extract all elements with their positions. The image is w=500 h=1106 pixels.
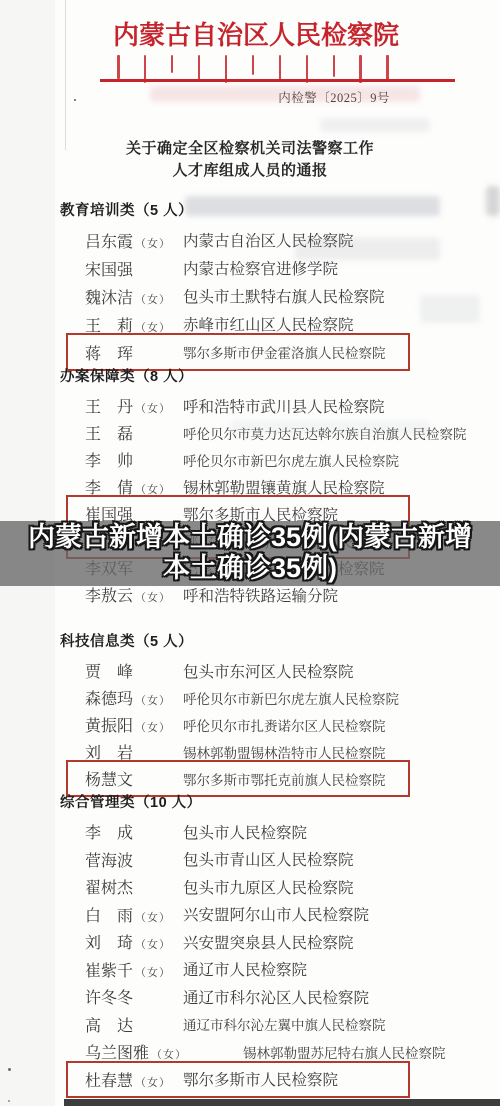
table-row: 蒋 珲鄂尔多斯市伊金霍洛旗人民检察院 (85, 338, 408, 366)
institution-name: 包头市青山区人民检察院 (183, 848, 354, 870)
person-name: 乌兰图雅（女） (85, 1040, 243, 1063)
section-heading: 办案保障类（8 人） (60, 366, 500, 388)
bleed-through-smudge (150, 86, 420, 102)
person-name: 杨慧文 (85, 767, 183, 790)
scan-speck (8, 1068, 11, 1071)
person-name: 高 达 (85, 1013, 183, 1036)
person-name: 王 丹（女） (85, 394, 183, 417)
table-row: 白 雨（女）兴安盟阿尔山市人民检察院 (85, 901, 500, 929)
personnel-section: 科技信息类（5 人）贾 峰包头市东河区人民检察院森德玛（女）呼伦贝尔市新巴尔虎左… (55, 631, 500, 797)
institution-name: 呼伦贝尔市新巴尔虎左旗人民检察院 (183, 688, 399, 708)
page-edge-artifact (65, 0, 66, 150)
institution-name: 包头市东河区人民检察院 (183, 660, 354, 682)
gender-tag: （女） (135, 967, 171, 979)
person-name: 王 磊 (85, 421, 183, 444)
person-name: 王 莉（女） (85, 313, 183, 336)
table-row: 高 达通辽市科尔沁左翼中旗人民检察院 (85, 1011, 500, 1039)
person-name: 李 成 (85, 820, 183, 843)
mongolian-glyph-stroke (279, 55, 282, 80)
person-name: 贾 峰 (85, 659, 183, 682)
institution-name: 鄂尔多斯市伊金霍洛旗人民检察院 (183, 342, 386, 362)
personnel-section: 教育培训类（5 人）吕东霞（女）内蒙古自治区人民检察院宋国强内蒙古检察官进修学院… (55, 200, 500, 371)
scanned-document-screenshot: { "page": { "org_name": "内蒙古自治区人民检察院", "… (0, 0, 500, 1106)
institution-name: 呼伦贝尔市扎赉诺尔区人民检察院 (183, 715, 386, 735)
table-row: 崔紫千（女）通辽市人民检察院 (85, 956, 500, 984)
mongolian-glyph-stroke (386, 55, 389, 81)
person-name: 李 帅 (85, 448, 183, 471)
institution-name: 通辽市科尔沁左翼中旗人民检察院 (183, 1014, 386, 1034)
gender-tag: （女） (135, 238, 171, 250)
person-name: 刘 岩 (85, 740, 183, 763)
person-name: 白 雨（女） (85, 903, 183, 926)
highlight-box: 杜春慧（女）鄂尔多斯市人民检察院 (66, 1061, 410, 1099)
person-name: 翟树杰 (85, 875, 183, 898)
person-name: 黄振阳（女） (85, 713, 183, 736)
institution-name: 包头市九原区人民检察院 (183, 876, 354, 898)
person-name: 魏沐洁（女） (85, 285, 183, 308)
table-row: 李 帅呼伦贝尔市新巴尔虎左旗人民检察院 (85, 446, 500, 473)
table-row: 黄振阳（女）呼伦贝尔市扎赉诺尔区人民检察院 (85, 711, 500, 738)
institution-name: 鄂尔多斯市鄂托克前旗人民检察院 (183, 769, 386, 789)
document-title-line2: 人才库组成人员的通报 (172, 163, 327, 179)
bottom-scan-bar (64, 1099, 500, 1106)
institution-name: 锡林郭勒盟锡林浩特市人民检察院 (183, 742, 386, 762)
table-row: 菅海波包头市青山区人民检察院 (85, 846, 500, 874)
person-name: 李敖云（女） (85, 583, 183, 606)
table-row: 贾 峰包头市东河区人民检察院 (85, 657, 500, 684)
news-headline-overlay: 内蒙古新增本土确诊35例(内蒙古新增本土确诊35例) (0, 521, 500, 586)
person-name: 吕东霞（女） (85, 229, 183, 252)
table-row: 刘 琦（女）兴安盟突泉县人民检察院 (85, 928, 500, 956)
institution-name: 锡林郭勒盟镶黄旗人民检察院 (183, 476, 385, 498)
bleed-through-smudge (420, 295, 480, 323)
mongolian-glyph-stroke (306, 55, 309, 83)
scan-speck (74, 99, 76, 101)
person-name: 菅海波 (85, 848, 183, 871)
issuing-org-name: 内蒙古自治区人民检察院 (113, 20, 413, 52)
personnel-section: 综合管理类（10 人）李 成包头市人民检察院菅海波包头市青山区人民检察院翟树杰包… (55, 792, 500, 1098)
gender-tag: （女） (135, 912, 171, 924)
mongolian-glyph-stroke (359, 55, 362, 83)
gender-tag: （女） (135, 695, 171, 707)
institution-name: 包头市土默特右旗人民检察院 (183, 285, 385, 307)
person-name: 刘 琦（女） (85, 930, 183, 953)
person-name: 宋国强 (85, 257, 183, 280)
section-heading: 综合管理类（10 人） (60, 792, 500, 814)
bleed-through-smudge (320, 118, 430, 132)
person-name: 许冬冬 (85, 985, 183, 1008)
red-divider-line (100, 79, 455, 82)
section-rows: 李 成包头市人民检察院菅海波包头市青山区人民检察院翟树杰包头市九原区人民检察院白… (85, 818, 500, 1098)
person-name: 崔紫千（女） (85, 958, 183, 981)
document-title-line1: 关于确定全区检察机关司法警察工作 (126, 141, 374, 157)
gender-tag: （女） (135, 1077, 171, 1089)
gender-tag: （女） (135, 939, 171, 951)
mongolian-script-row (117, 55, 389, 79)
mongolian-glyph-stroke (333, 55, 336, 77)
table-row: 森德玛（女）呼伦贝尔市新巴尔虎左旗人民检察院 (85, 684, 500, 711)
institution-name: 赤峰市红山区人民检察院 (183, 313, 354, 335)
bleed-through-smudge (230, 420, 430, 435)
section-heading: 科技信息类（5 人） (60, 631, 500, 653)
gender-tag: （女） (135, 592, 171, 604)
person-name: 森德玛（女） (85, 686, 183, 709)
personnel-sections: 教育培训类（5 人）吕东霞（女）内蒙古自治区人民检察院宋国强内蒙古检察官进修学院… (55, 200, 500, 1098)
institution-name: 呼和浩特市武川县人民检察院 (183, 395, 385, 417)
bleed-through-smudge (295, 238, 440, 260)
mongolian-glyph-stroke (171, 55, 174, 73)
document-title: 关于确定全区检察机关司法警察工作 人才库组成人员的通报 (55, 138, 445, 182)
gender-tag: （女） (151, 1049, 187, 1061)
institution-name: 鄂尔多斯市人民检察院 (183, 1068, 338, 1090)
mongolian-glyph-stroke (225, 55, 228, 83)
gender-tag: （女） (135, 322, 171, 334)
institution-name: 锡林郭勒盟苏尼特右旗人民检察院 (243, 1042, 446, 1062)
bleed-through-smudge (185, 196, 440, 216)
scan-speck (8, 1100, 10, 1102)
section-rows: 贾 峰包头市东河区人民检察院森德玛（女）呼伦贝尔市新巴尔虎左旗人民检察院黄振阳（… (85, 657, 500, 797)
table-row: 许冬冬通辽市科尔沁区人民检察院 (85, 983, 500, 1011)
table-row: 杜春慧（女）鄂尔多斯市人民检察院 (85, 1066, 408, 1094)
mongolian-glyph-stroke (117, 55, 120, 79)
gender-tag: （女） (135, 722, 171, 734)
gender-tag: （女） (135, 294, 171, 306)
table-row: 翟树杰包头市九原区人民检察院 (85, 873, 500, 901)
person-name: 杜春慧（女） (85, 1068, 183, 1091)
table-row: 乌兰图雅（女）锡林郭勒盟苏尼特右旗人民检察院 (85, 1038, 500, 1066)
institution-name: 包头市人民检察院 (183, 821, 307, 843)
mongolian-glyph-stroke (198, 55, 201, 81)
mongolian-glyph-stroke (252, 55, 255, 75)
institution-name: 内蒙古检察官进修学院 (183, 257, 338, 279)
table-row: 李 成包头市人民检察院 (85, 818, 500, 846)
person-name: 李 倩（女） (85, 475, 183, 498)
gender-tag: （女） (135, 484, 171, 496)
institution-name: 呼和浩特铁路运输分院 (183, 584, 338, 606)
news-headline-text: 内蒙古新增本土确诊35例(内蒙古新增本土确诊35例) (15, 522, 485, 584)
institution-name: 通辽市科尔沁区人民检察院 (183, 986, 369, 1008)
scan-edge-smudge (486, 186, 500, 216)
institution-name: 兴安盟阿尔山市人民检察院 (183, 903, 369, 925)
institution-name: 呼伦贝尔市新巴尔虎左旗人民检察院 (183, 450, 399, 470)
table-row: 杨慧文鄂尔多斯市鄂托克前旗人民检察院 (85, 765, 408, 792)
gender-tag: （女） (135, 403, 171, 415)
institution-name: 通辽市人民检察院 (183, 958, 307, 980)
table-row: 王 丹（女）呼和浩特市武川县人民检察院 (85, 392, 500, 419)
table-row: 刘 岩锡林郭勒盟锡林浩特市人民检察院 (85, 738, 500, 765)
person-name: 蒋 珲 (85, 341, 183, 364)
institution-name: 兴安盟突泉县人民检察院 (183, 931, 354, 953)
table-row: 李 倩（女）锡林郭勒盟镶黄旗人民检察院 (85, 473, 500, 500)
